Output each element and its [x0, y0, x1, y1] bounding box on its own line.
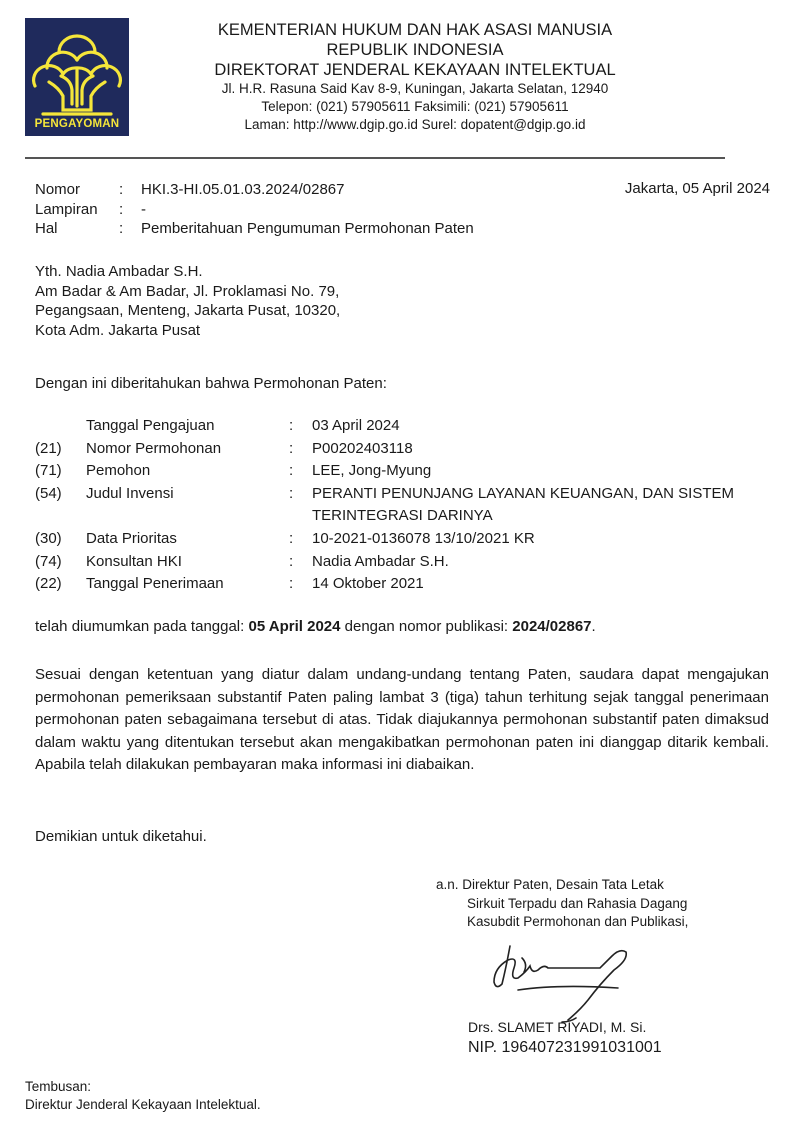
detail-value: PERANTI PENUNJANG LAYANAN KEUANGAN, DAN …	[312, 483, 782, 528]
detail-code: (74)	[35, 551, 62, 574]
lampiran-label: Lampiran	[35, 200, 119, 220]
detail-code: (71)	[35, 460, 62, 483]
announcement-middle: dengan nomor publikasi:	[340, 618, 512, 635]
colon: :	[119, 180, 141, 200]
detail-value: LEE, Jong-Myung	[312, 460, 782, 483]
body-paragraph: Sesuai dengan ketentuan yang diatur dala…	[35, 664, 769, 777]
recipient-line: Am Badar & Am Badar, Jl. Proklamasi No. …	[35, 282, 340, 302]
meta-nomor: Nomor:HKI.3-HI.05.01.03.2024/02867	[35, 180, 344, 200]
recipient-line: Pegangsaan, Menteng, Jakarta Pusat, 1032…	[35, 301, 340, 321]
letterhead: KEMENTERIAN HUKUM DAN HAK ASASI MANUSIA …	[130, 20, 700, 134]
announcement: telah diumumkan pada tanggal: 05 April 2…	[35, 618, 596, 635]
publication-number: 2024/02867	[512, 618, 591, 635]
detail-code: (54)	[35, 483, 62, 506]
detail-label: Data Prioritas	[86, 528, 177, 551]
cc-label: Tembusan:	[25, 1078, 261, 1096]
recipient-address: Yth. Nadia Ambadar S.H. Am Badar & Am Ba…	[35, 262, 340, 340]
ministry-name: KEMENTERIAN HUKUM DAN HAK ASASI MANUSIA	[130, 20, 700, 40]
colon: :	[289, 460, 293, 483]
announcement-prefix: telah diumumkan pada tanggal:	[35, 618, 248, 635]
pengayoman-tree-icon	[25, 18, 129, 118]
place-date: Jakarta, 05 April 2024	[625, 180, 770, 197]
detail-value: 14 Oktober 2021	[312, 573, 782, 596]
detail-label: Nomor Permohonan	[86, 438, 221, 461]
intro-text: Dengan ini diberitahukan bahwa Permohona…	[35, 375, 387, 392]
meta-lampiran: Lampiran:-	[35, 200, 146, 220]
detail-value: P00202403118	[312, 438, 782, 461]
detail-label: Tanggal Penerimaan	[86, 573, 224, 596]
detail-code: (21)	[35, 438, 62, 461]
nomor-value: HKI.3-HI.05.01.03.2024/02867	[141, 181, 344, 198]
letterhead-divider	[25, 157, 725, 159]
colon: :	[289, 528, 293, 551]
announcement-date: 05 April 2024	[248, 618, 340, 635]
colon: :	[119, 200, 141, 220]
detail-code: (22)	[35, 573, 62, 596]
detail-label: Pemohon	[86, 460, 150, 483]
logo-text: PENGAYOMAN	[25, 118, 129, 130]
ministry-logo: PENGAYOMAN	[25, 18, 129, 136]
country-name: REPUBLIK INDONESIA	[130, 40, 700, 60]
hal-label: Hal	[35, 219, 119, 239]
colon: :	[289, 551, 293, 574]
detail-label: Tanggal Pengajuan	[86, 415, 214, 438]
signatory-title: a.n. Direktur Paten, Desain Tata Letak	[436, 876, 688, 895]
meta-hal: Hal:Pemberitahuan Pengumuman Permohonan …	[35, 219, 474, 239]
signatory-title: Kasubdit Permohonan dan Publikasi,	[436, 913, 688, 932]
office-address: Jl. H.R. Rasuna Said Kav 8-9, Kuningan, …	[130, 80, 700, 98]
cc-recipient: Direktur Jenderal Kekayaan Intelektual.	[25, 1096, 261, 1114]
detail-label: Konsultan HKI	[86, 551, 182, 574]
signer-nip: NIP. 196407231991031001	[468, 1039, 662, 1057]
detail-value: 03 April 2024	[312, 415, 782, 438]
recipient-line: Kota Adm. Jakarta Pusat	[35, 321, 340, 341]
colon: :	[289, 415, 293, 438]
recipient-name: Yth. Nadia Ambadar S.H.	[35, 262, 340, 282]
lampiran-value: -	[141, 201, 146, 218]
colon: :	[289, 438, 293, 461]
signature-icon	[488, 938, 658, 1032]
colon: :	[119, 219, 141, 239]
announcement-suffix: .	[592, 618, 596, 635]
signer-name: Drs. SLAMET RIYADI, M. Si.	[468, 1019, 646, 1035]
detail-value: Nadia Ambadar S.H.	[312, 551, 782, 574]
directorate-name: DIREKTORAT JENDERAL KEKAYAAN INTELEKTUAL	[130, 60, 700, 80]
detail-code: (30)	[35, 528, 62, 551]
office-phone: Telepon: (021) 57905611 Faksimili: (021)…	[130, 98, 700, 116]
office-web: Laman: http://www.dgip.go.id Surel: dopa…	[130, 116, 700, 134]
hal-value: Pemberitahuan Pengumuman Permohonan Pate…	[141, 220, 474, 237]
signatory-block: a.n. Direktur Paten, Desain Tata Letak S…	[436, 876, 688, 932]
nomor-label: Nomor	[35, 180, 119, 200]
closing-text: Demikian untuk diketahui.	[35, 828, 207, 845]
detail-value: 10-2021-0136078 13/10/2021 KR	[312, 528, 782, 551]
colon: :	[289, 573, 293, 596]
carbon-copy: Tembusan: Direktur Jenderal Kekayaan Int…	[25, 1078, 261, 1114]
colon: :	[289, 483, 293, 506]
signatory-title: Sirkuit Terpadu dan Rahasia Dagang	[436, 895, 688, 914]
detail-label: Judul Invensi	[86, 483, 174, 506]
